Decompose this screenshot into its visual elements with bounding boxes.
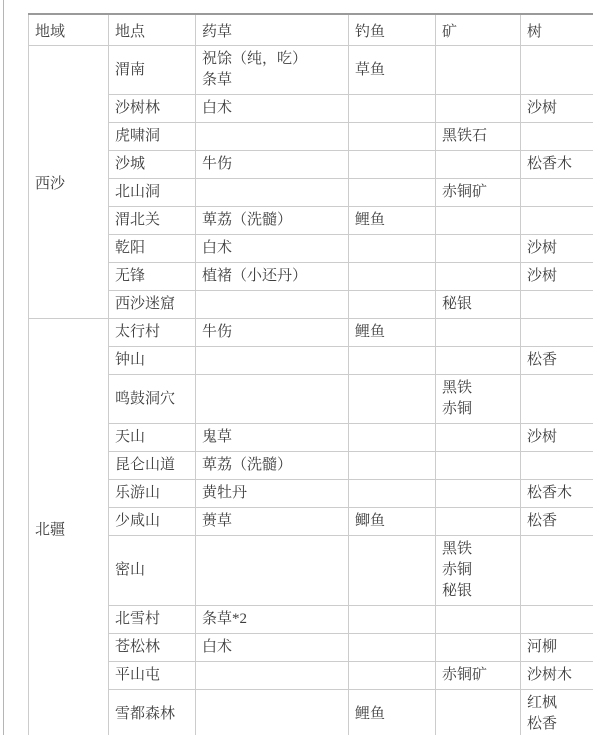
table-row: 鸣鼓洞穴 黑铁赤铜: [29, 375, 593, 424]
table-row: 北山洞 赤铜矿: [29, 179, 593, 207]
location-cell: 乾阳: [109, 235, 196, 263]
fish-cell: [349, 95, 436, 123]
herb-cell: [196, 291, 349, 319]
table-row: 北雪村条草*2: [29, 606, 593, 634]
herb-cell: 牛伤: [196, 319, 349, 347]
fish-cell: [349, 291, 436, 319]
document-page: 地域地点药草钓鱼矿树 西沙渭南祝馀（纯，吃）条草草鱼 沙树林白术 沙树虎啸洞 黑…: [0, 0, 616, 735]
tree-cell: 沙树: [521, 424, 593, 452]
tree-cell: 河柳: [521, 634, 593, 662]
location-cell: 沙树林: [109, 95, 196, 123]
fish-cell: [349, 375, 436, 424]
location-cell: 苍松林: [109, 634, 196, 662]
fish-cell: [349, 662, 436, 690]
tree-cell: [521, 179, 593, 207]
column-header-herb: 药草: [196, 14, 349, 46]
location-cell: 少咸山: [109, 508, 196, 536]
herb-cell: [196, 662, 349, 690]
table-row: 苍松林白术 河柳: [29, 634, 593, 662]
ore-cell: 黑铁赤铜秘银: [436, 536, 521, 606]
ore-cell: [436, 634, 521, 662]
herb-cell: 牛伤: [196, 151, 349, 179]
location-cell: 无锋: [109, 263, 196, 291]
column-header-ore: 矿: [436, 14, 521, 46]
location-cell: 沙城: [109, 151, 196, 179]
column-header-fish: 钓鱼: [349, 14, 436, 46]
region-cell: 北疆: [29, 319, 109, 735]
table-row: 西沙渭南祝馀（纯，吃）条草草鱼: [29, 46, 593, 95]
location-cell: 鸣鼓洞穴: [109, 375, 196, 424]
ore-cell: 黑铁石: [436, 123, 521, 151]
herb-cell: [196, 179, 349, 207]
fish-cell: [349, 634, 436, 662]
tree-cell: [521, 606, 593, 634]
location-cell: 虎啸洞: [109, 123, 196, 151]
ore-cell: 赤铜矿: [436, 179, 521, 207]
ore-cell: [436, 46, 521, 95]
tree-cell: [521, 123, 593, 151]
tree-cell: [521, 46, 593, 95]
fish-cell: 鲤鱼: [349, 690, 436, 735]
ore-cell: [436, 452, 521, 480]
ore-cell: [436, 508, 521, 536]
tree-cell: [521, 319, 593, 347]
table-row: 平山屯 赤铜矿沙树木: [29, 662, 593, 690]
location-cell: 昆仑山道: [109, 452, 196, 480]
table-header-row: 地域地点药草钓鱼矿树: [29, 14, 593, 46]
fish-cell: [349, 424, 436, 452]
ore-cell: [436, 235, 521, 263]
region-cell: 西沙: [29, 46, 109, 319]
location-cell: 雪都森林: [109, 690, 196, 735]
location-cell: 太行村: [109, 319, 196, 347]
tree-cell: 松香木: [521, 151, 593, 179]
fish-cell: 鲤鱼: [349, 319, 436, 347]
header-row: 地域地点药草钓鱼矿树: [29, 14, 593, 46]
tree-cell: 沙树: [521, 235, 593, 263]
ore-cell: 黑铁赤铜: [436, 375, 521, 424]
table-row: 雪都森林 鲤鱼 红枫松香: [29, 690, 593, 735]
herb-cell: 白术: [196, 634, 349, 662]
location-cell: 北山洞: [109, 179, 196, 207]
herb-cell: 黄牡丹: [196, 480, 349, 508]
tree-cell: [521, 375, 593, 424]
table-row: 虎啸洞 黑铁石: [29, 123, 593, 151]
location-cell: 乐游山: [109, 480, 196, 508]
ore-cell: [436, 690, 521, 735]
location-cell: 钟山: [109, 347, 196, 375]
herb-cell: 萆荔（洗髓）: [196, 207, 349, 235]
ore-cell: [436, 263, 521, 291]
table-row: 昆仑山道萆荔（洗髓）: [29, 452, 593, 480]
table-row: 钟山 松香: [29, 347, 593, 375]
herb-cell: 萆荔（洗髓）: [196, 452, 349, 480]
herb-cell: 白术: [196, 95, 349, 123]
herb-cell: [196, 123, 349, 151]
table-row: 天山鬼草 沙树: [29, 424, 593, 452]
fish-cell: [349, 452, 436, 480]
table-row: 少咸山蒉草鲫鱼 松香: [29, 508, 593, 536]
fish-cell: 鲫鱼: [349, 508, 436, 536]
fish-cell: [349, 480, 436, 508]
column-header-tree: 树: [521, 14, 593, 46]
column-header-region: 地域: [29, 14, 109, 46]
location-cell: 渭北关: [109, 207, 196, 235]
table-row: 北疆太行村牛伤鲤鱼: [29, 319, 593, 347]
ore-cell: [436, 347, 521, 375]
location-cell: 天山: [109, 424, 196, 452]
tree-cell: 红枫松香: [521, 690, 593, 735]
tree-cell: [521, 452, 593, 480]
ore-cell: 赤铜矿: [436, 662, 521, 690]
ore-cell: [436, 606, 521, 634]
ore-cell: [436, 424, 521, 452]
herb-cell: 植褚（小还丹）: [196, 263, 349, 291]
ore-cell: [436, 95, 521, 123]
tree-cell: [521, 207, 593, 235]
tree-cell: 沙树木: [521, 662, 593, 690]
herb-cell: [196, 690, 349, 735]
table-row: 渭北关萆荔（洗髓）鲤鱼: [29, 207, 593, 235]
fish-cell: 草鱼: [349, 46, 436, 95]
tree-cell: 松香: [521, 347, 593, 375]
tree-cell: 沙树: [521, 95, 593, 123]
location-cell: 平山屯: [109, 662, 196, 690]
fish-cell: [349, 179, 436, 207]
location-cell: 北雪村: [109, 606, 196, 634]
table-body: 西沙渭南祝馀（纯，吃）条草草鱼 沙树林白术 沙树虎啸洞 黑铁石 沙城牛伤 松香木…: [29, 46, 593, 735]
table-row: 密山 黑铁赤铜秘银: [29, 536, 593, 606]
location-cell: 密山: [109, 536, 196, 606]
location-cell: 渭南: [109, 46, 196, 95]
ore-cell: [436, 319, 521, 347]
fish-cell: [349, 263, 436, 291]
tree-cell: 沙树: [521, 263, 593, 291]
herb-cell: [196, 375, 349, 424]
tree-cell: [521, 291, 593, 319]
ore-cell: [436, 207, 521, 235]
fish-cell: [349, 606, 436, 634]
ore-cell: [436, 480, 521, 508]
table-row: 乐游山黄牡丹 松香木: [29, 480, 593, 508]
resource-table: 地域地点药草钓鱼矿树 西沙渭南祝馀（纯，吃）条草草鱼 沙树林白术 沙树虎啸洞 黑…: [28, 13, 593, 735]
ore-cell: [436, 151, 521, 179]
herb-cell: 蒉草: [196, 508, 349, 536]
table-row: 沙城牛伤 松香木: [29, 151, 593, 179]
herb-cell: 白术: [196, 235, 349, 263]
herb-cell: 祝馀（纯，吃）条草: [196, 46, 349, 95]
table-row: 沙树林白术 沙树: [29, 95, 593, 123]
tree-cell: 松香: [521, 508, 593, 536]
herb-cell: [196, 347, 349, 375]
ore-cell: 秘银: [436, 291, 521, 319]
table-row: 西沙迷窟 秘银: [29, 291, 593, 319]
fish-cell: [349, 536, 436, 606]
tree-cell: [521, 536, 593, 606]
fish-cell: [349, 151, 436, 179]
table-row: 无锋植褚（小还丹） 沙树: [29, 263, 593, 291]
page-edge-line: [3, 0, 4, 735]
fish-cell: [349, 347, 436, 375]
column-header-location: 地点: [109, 14, 196, 46]
herb-cell: 条草*2: [196, 606, 349, 634]
fish-cell: [349, 123, 436, 151]
herb-cell: [196, 536, 349, 606]
table-row: 乾阳白术 沙树: [29, 235, 593, 263]
location-cell: 西沙迷窟: [109, 291, 196, 319]
fish-cell: 鲤鱼: [349, 207, 436, 235]
tree-cell: 松香木: [521, 480, 593, 508]
fish-cell: [349, 235, 436, 263]
herb-cell: 鬼草: [196, 424, 349, 452]
